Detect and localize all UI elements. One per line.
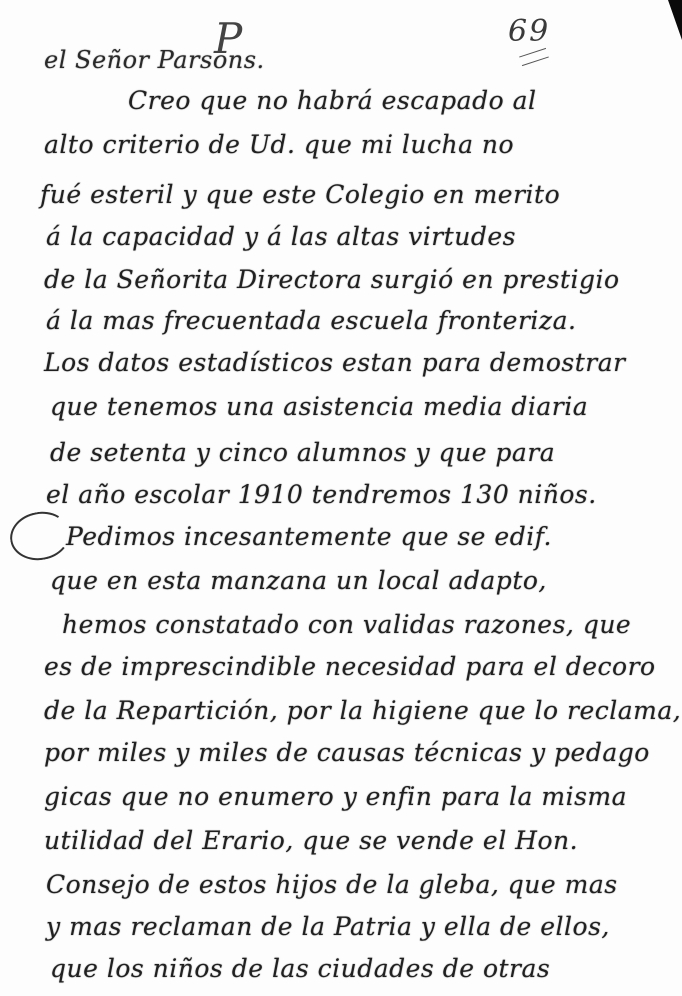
letter-line-20: y mas reclaman de la Patria y ella de el… [46, 912, 610, 941]
letter-line-4: á la capacidad y á las altas virtudes [46, 222, 516, 251]
letter-line-9: de setenta y cinco alumnos y que para [50, 438, 555, 467]
letter-line-6: á la mas frecuentada escuela fronteriza. [46, 306, 576, 335]
letter-line-21: que los niños de las ciudades de otras [50, 954, 550, 983]
letter-line-16: por miles y miles de causas técnicas y p… [44, 738, 650, 767]
salutation: el Señor Parsons. [44, 46, 265, 74]
letter-line-15: de la Repartición, por la higiene que lo… [44, 696, 681, 725]
letter-line-14: es de imprescindible necesidad para el d… [44, 652, 656, 681]
letter-line-3: fué esteril y que este Colegio en merito [40, 180, 560, 209]
letter-line-18: utilidad del Erario, que se vende el Hon… [44, 826, 578, 855]
page-number: 69 [508, 14, 550, 49]
decorative-capital-loop [6, 507, 73, 565]
scan-edge-shadow [668, 0, 682, 40]
page-number-underline [519, 48, 549, 66]
letter-line-19: Consejo de estos hijos de la gleba, que … [46, 870, 618, 899]
letter-line-10: el año escolar 1910 tendremos 130 niños. [46, 480, 597, 509]
letter-line-11: Pedimos incesantemente que se edif. [66, 522, 552, 551]
letter-line-7: Los datos estadísticos estan para demost… [44, 348, 626, 377]
letter-line-1: Creo que no habrá escapado al [128, 86, 536, 115]
letter-line-13: hemos constatado con validas razones, qu… [62, 610, 631, 639]
letter-line-8: que tenemos una asistencia media diaria [50, 392, 588, 421]
letter-line-5: de la Señorita Directora surgió en prest… [44, 265, 620, 294]
letter-line-17: gicas que no enumero y enfin para la mis… [44, 782, 627, 811]
letter-line-12: que en esta manzana un local adapto, [50, 566, 547, 595]
letter-line-2: alto criterio de Ud. que mi lucha no [44, 130, 514, 159]
scanned-letter-page: P 69 el Señor Parsons. Creo que no habrá… [0, 0, 682, 996]
